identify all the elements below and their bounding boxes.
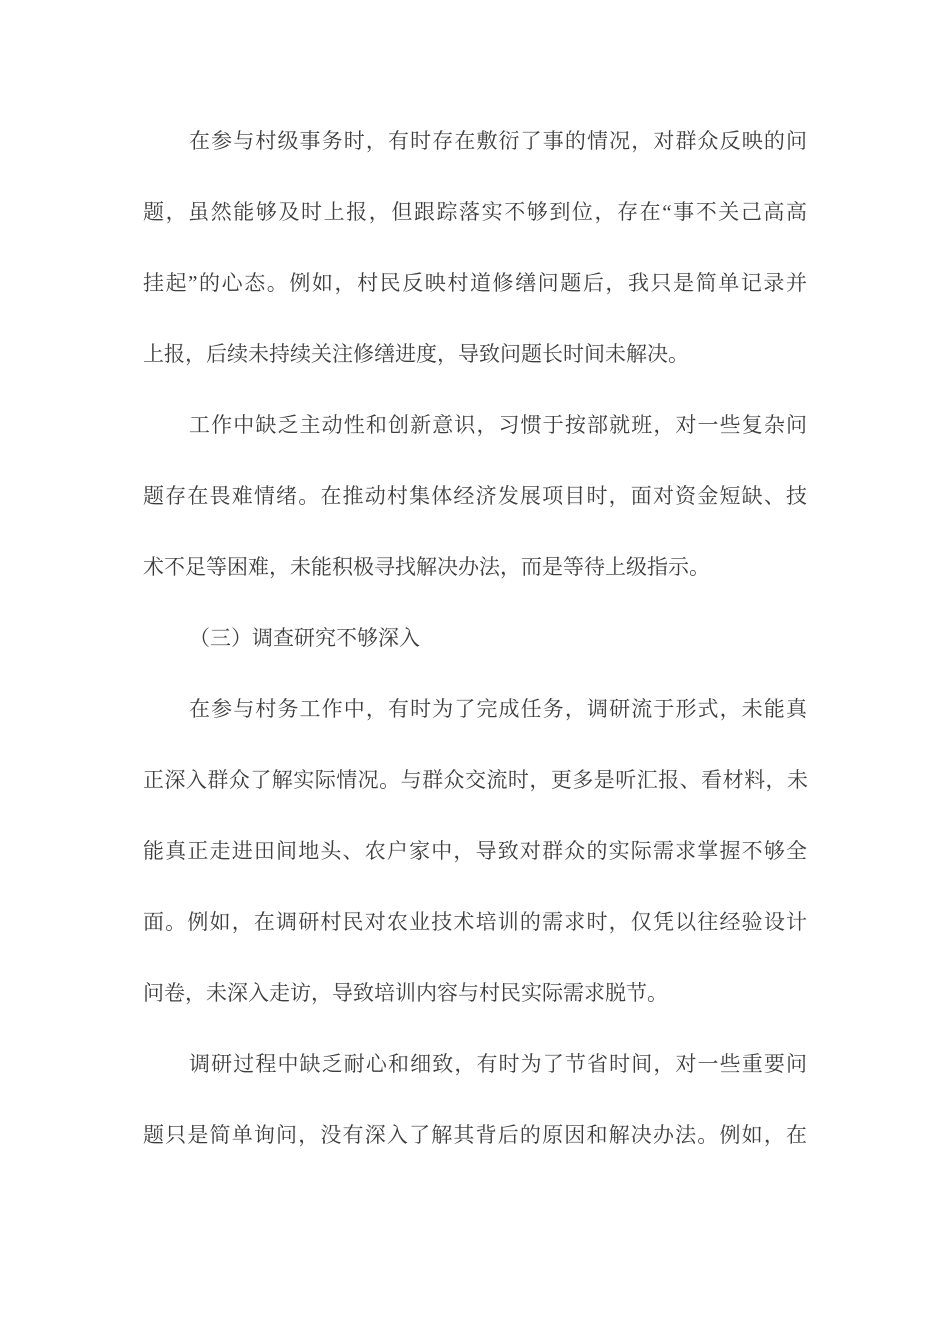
- text-line: 上报，后续未持续关注修缮进度，导致问题长时间未解决。: [143, 319, 807, 390]
- text-line: 工作中缺乏主动性和创新意识，习惯于按部就班，对一些复杂问: [143, 390, 807, 461]
- paragraph: 工作中缺乏主动性和创新意识，习惯于按部就班，对一些复杂问题存在畏难情绪。在推动村…: [143, 390, 807, 603]
- text-line: 调研过程中缺乏耐心和细致，有时为了节省时间，对一些重要问: [143, 1029, 807, 1100]
- text-line: 挂起”的心态。例如，村民反映村道修缮问题后，我只是简单记录并: [143, 248, 807, 319]
- text-line: 术不足等困难，未能积极寻找解决办法，而是等待上级指示。: [143, 532, 807, 603]
- text-line: 在参与村务工作中，有时为了完成任务，调研流于形式，未能真: [143, 674, 807, 745]
- paragraph: 调研过程中缺乏耐心和细致，有时为了节省时间，对一些重要问题只是简单询问，没有深入…: [143, 1029, 807, 1171]
- paragraph: 在参与村级事务时，有时存在敷衍了事的情况，对群众反映的问题，虽然能够及时上报，但…: [143, 106, 807, 390]
- document-page: 在参与村级事务时，有时存在敷衍了事的情况，对群众反映的问题，虽然能够及时上报，但…: [0, 0, 950, 1344]
- text-line: 题只是简单询问，没有深入了解其背后的原因和解决办法。例如，在: [143, 1100, 807, 1171]
- text-line: 题存在畏难情绪。在推动村集体经济发展项目时，面对资金短缺、技: [143, 461, 807, 532]
- text-line: 问卷，未深入走访，导致培训内容与村民实际需求脱节。: [143, 958, 807, 1029]
- text-line: 题，虽然能够及时上报，但跟踪落实不够到位，存在“事不关己高高: [143, 177, 807, 248]
- paragraph: 在参与村务工作中，有时为了完成任务，调研流于形式，未能真正深入群众了解实际情况。…: [143, 674, 807, 1029]
- document-body: 在参与村级事务时，有时存在敷衍了事的情况，对群众反映的问题，虽然能够及时上报，但…: [143, 106, 807, 1171]
- text-line: 能真正走进田间地头、农户家中，导致对群众的实际需求掌握不够全: [143, 816, 807, 887]
- section-heading: （三）调查研究不够深入: [143, 603, 807, 674]
- text-line: 在参与村级事务时，有时存在敷衍了事的情况，对群众反映的问: [143, 106, 807, 177]
- text-line: 面。例如，在调研村民对农业技术培训的需求时，仅凭以往经验设计: [143, 887, 807, 958]
- heading-line: （三）调查研究不够深入: [143, 603, 807, 674]
- text-line: 正深入群众了解实际情况。与群众交流时，更多是听汇报、看材料，未: [143, 745, 807, 816]
